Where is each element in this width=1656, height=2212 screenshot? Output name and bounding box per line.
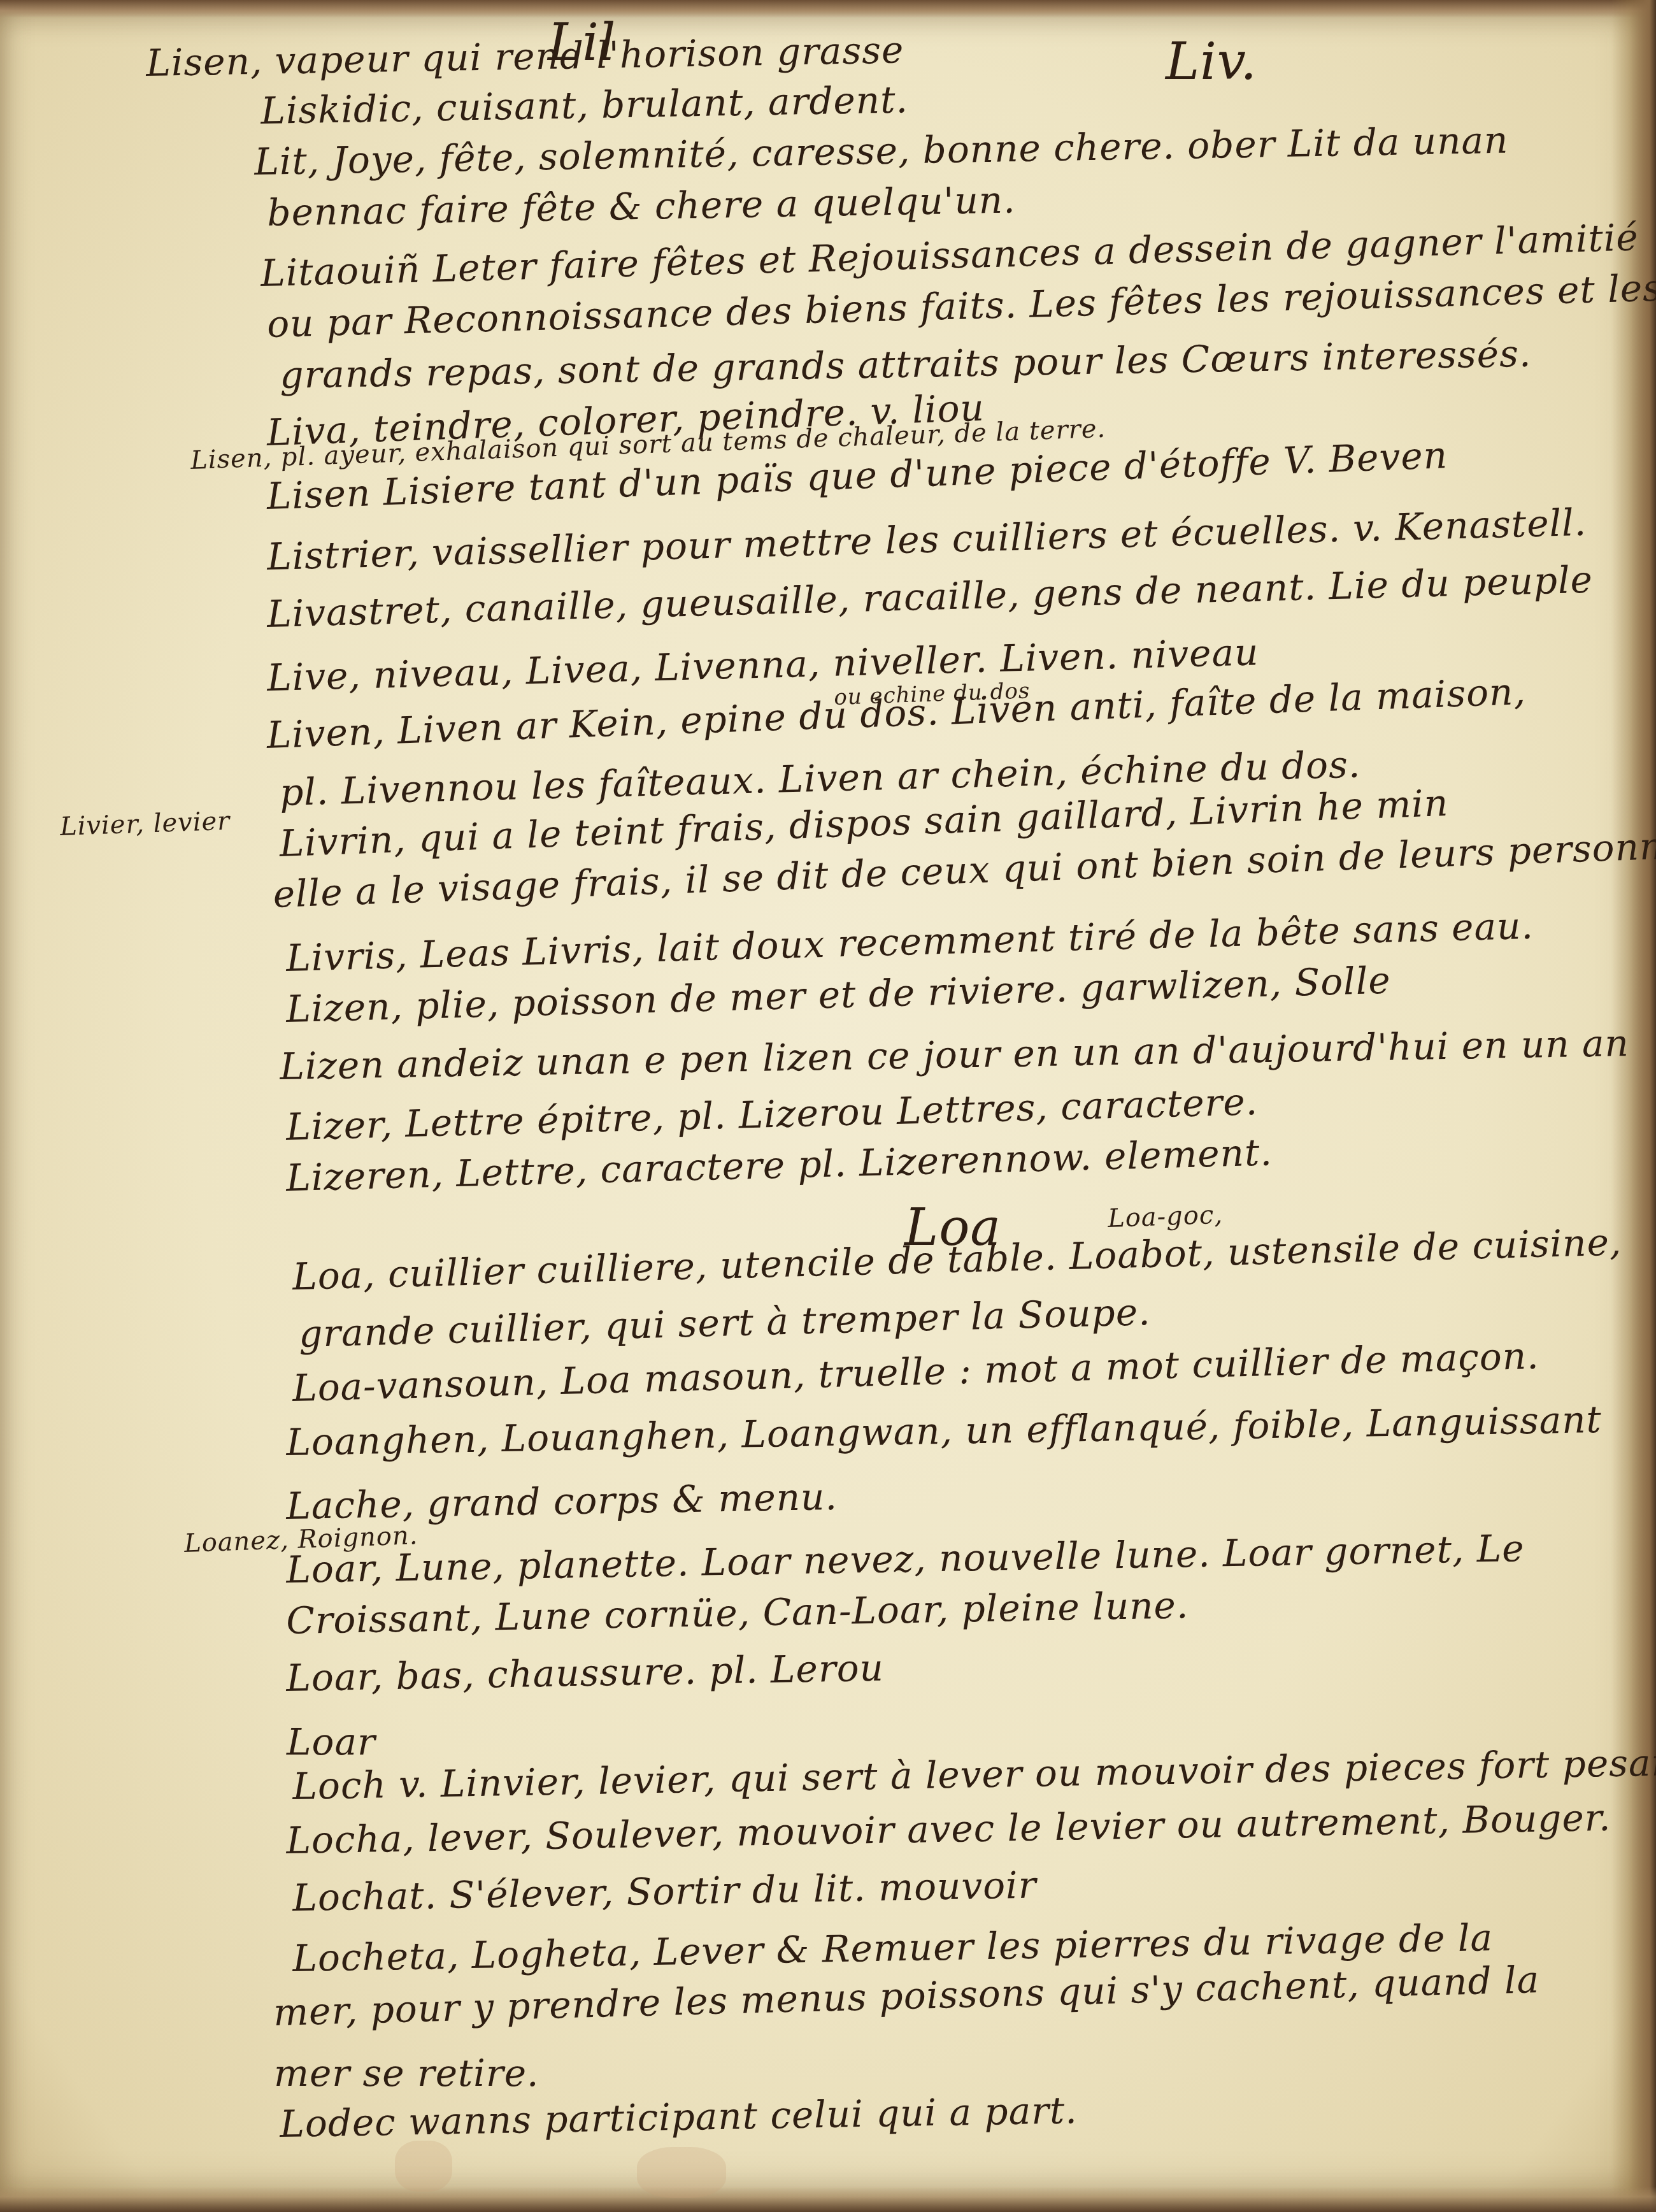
entry-line: Croissant, Lune cornüe, Can-Loar, pleine… [286, 1583, 1189, 1642]
entry-line: Liskidic, cuisant, brulant, ardent. [261, 78, 909, 133]
manuscript-page: Lil Liv. Lisen, vapeur qui rend l'horiso… [0, 0, 1656, 2212]
entry-line: Loar, bas, chaussure. pl. Lerou [286, 1646, 885, 1700]
page-bottom-edge [0, 2187, 1656, 2212]
entry-line: Loch v. Linvier, levier, qui sert à leve… [292, 1739, 1656, 1808]
margin-note: Livier, levier [59, 807, 231, 842]
entry-line: Loanghen, Louanghen, Loangwan, un efflan… [286, 1398, 1602, 1464]
paper-stain [637, 2147, 726, 2198]
page-top-edge [0, 0, 1656, 18]
entry-line: Loar [287, 1720, 376, 1763]
entry-line: grande cuillier, qui sert à tremper la S… [298, 1290, 1151, 1356]
entry-line: Lizen andeiz unan e pen lizen ce jour en… [280, 1021, 1630, 1088]
entry-line: Lache, grand corps & menu. [286, 1475, 838, 1528]
page-right-edge [1611, 0, 1656, 2212]
entry-line: Loar, Lune, planette. Loar nevez, nouvel… [286, 1526, 1525, 1591]
entry-line: bennac faire fête & chere a quelqu'un. [267, 178, 1016, 234]
entry-line: Locha, lever, Soulever, mouvoir avec le … [286, 1796, 1611, 1862]
page-mark: Liv. [1166, 32, 1257, 91]
entry-line: Lisen, vapeur qui rend l'horison grasse [146, 28, 904, 85]
entry-line: Lodec wanns participant celui qui a part… [280, 2088, 1078, 2146]
entry-line: mer se retire. [274, 2051, 539, 2095]
paper-stain [395, 2141, 452, 2192]
entry-line: grands repas, sont de grands attraits po… [280, 332, 1532, 397]
entry-line: Lochat. S'élever, Sortir du lit. mouvoir [292, 1864, 1037, 1920]
aside-note: Loa-goc, [1107, 1200, 1223, 1233]
